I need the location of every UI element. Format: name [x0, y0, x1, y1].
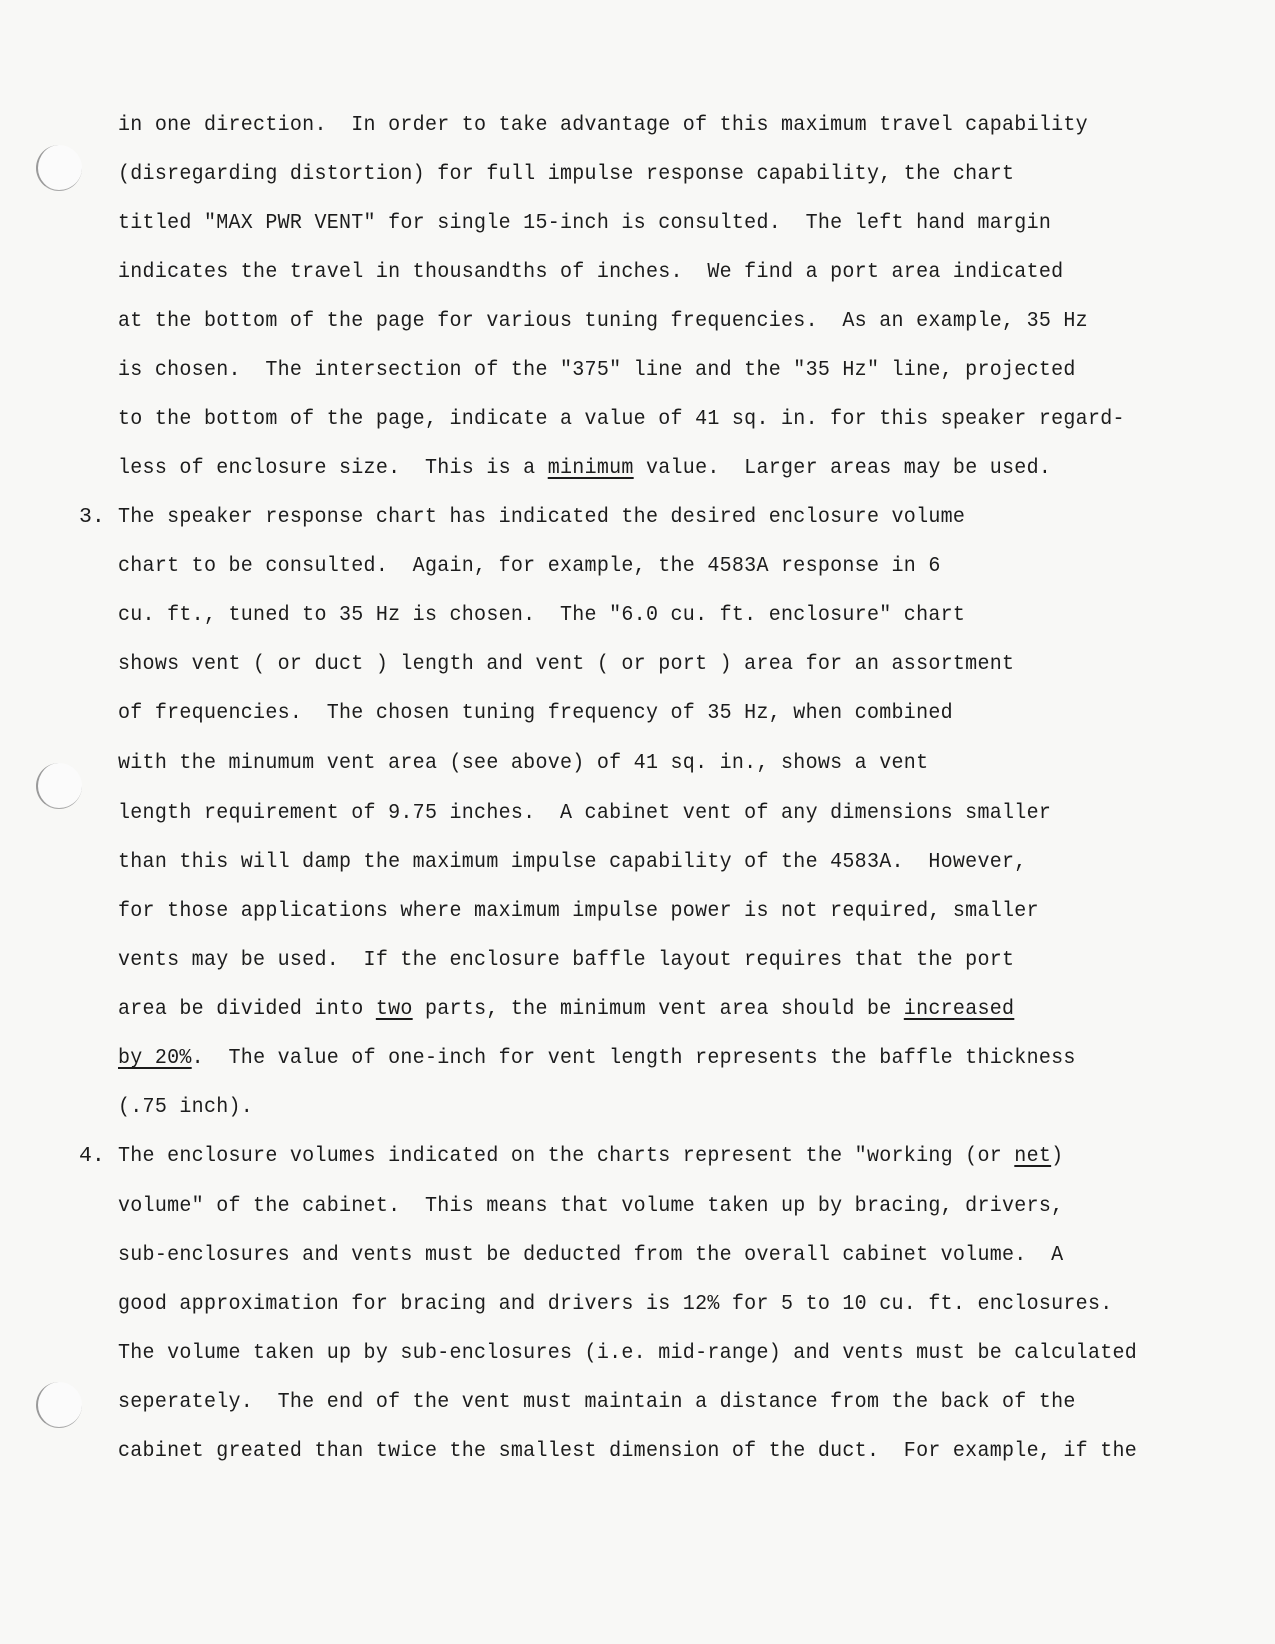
text-line: sub-enclosures and vents must be deducte…: [118, 1242, 1063, 1268]
text-line: by 20%. The value of one-inch for vent l…: [118, 1045, 1076, 1071]
text-line: at the bottom of the page for various tu…: [118, 308, 1088, 334]
punch-hole: [36, 1382, 82, 1428]
scanned-page: in one direction. In order to take advan…: [0, 0, 1275, 1644]
list-number: 4.: [79, 1143, 105, 1169]
text-line: for those applications where maximum imp…: [118, 898, 1039, 924]
text-line: good approximation for bracing and drive…: [118, 1291, 1113, 1317]
text-line: (disregarding distortion) for full impul…: [118, 161, 1014, 187]
underlined-word: two: [376, 997, 413, 1021]
text-line: in one direction. In order to take advan…: [118, 112, 1088, 138]
text-line: vents may be used. If the enclosure baff…: [118, 947, 1014, 973]
text-line: The speaker response chart has indicated…: [118, 504, 965, 530]
underlined-word: net: [1014, 1144, 1051, 1168]
text-line: titled "MAX PWR VENT" for single 15-inch…: [118, 210, 1051, 236]
text-line: volume" of the cabinet. This means that …: [118, 1193, 1063, 1219]
text-line: seperately. The end of the vent must mai…: [118, 1389, 1076, 1415]
text-line: is chosen. The intersection of the "375"…: [118, 357, 1076, 383]
punch-hole: [36, 145, 82, 191]
text-line: shows vent ( or duct ) length and vent (…: [118, 651, 1014, 677]
text-line: cu. ft., tuned to 35 Hz is chosen. The "…: [118, 602, 965, 628]
underlined-word: minimum: [548, 456, 634, 480]
text-line: cabinet greated than twice the smallest …: [118, 1438, 1137, 1464]
text-line: length requirement of 9.75 inches. A cab…: [118, 800, 1051, 826]
underlined-phrase: by 20%: [118, 1046, 192, 1070]
underlined-word: increased: [904, 997, 1015, 1021]
text-line: The volume taken up by sub-enclosures (i…: [118, 1340, 1137, 1366]
text-line: indicates the travel in thousandths of i…: [118, 259, 1063, 285]
text-line: area be divided into two parts, the mini…: [118, 996, 1014, 1022]
list-number: 3.: [79, 504, 105, 530]
text-line: chart to be consulted. Again, for exampl…: [118, 553, 941, 579]
punch-hole: [36, 763, 82, 809]
text-line: with the minumum vent area (see above) o…: [118, 750, 928, 776]
text-line: than this will damp the maximum impulse …: [118, 849, 1027, 875]
text-line: to the bottom of the page, indicate a va…: [118, 406, 1125, 432]
text-line: less of enclosure size. This is a minimu…: [118, 455, 1051, 481]
text-line: of frequencies. The chosen tuning freque…: [118, 700, 953, 726]
text-line: The enclosure volumes indicated on the c…: [118, 1143, 1063, 1169]
text-line: (.75 inch).: [118, 1094, 253, 1120]
